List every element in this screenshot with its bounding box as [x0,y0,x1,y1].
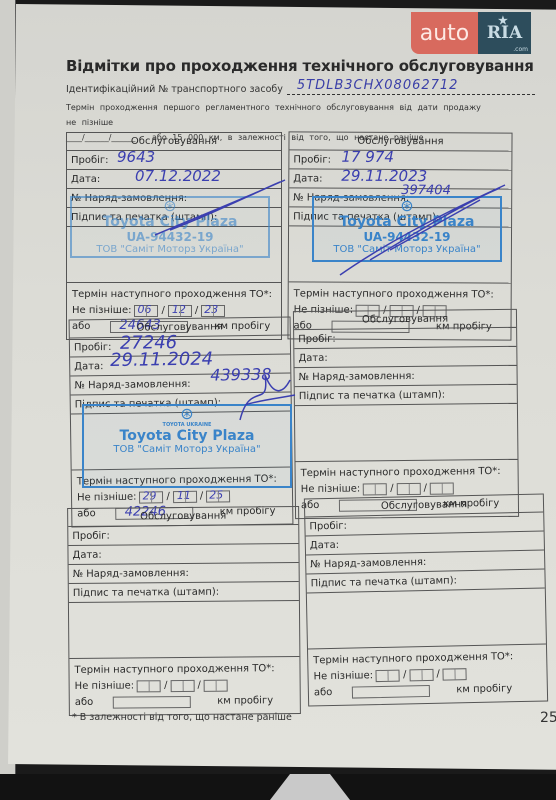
next-day-box: 06 [134,305,158,317]
next-year-box [443,668,467,681]
mileage-label: Пробіг: [72,530,110,541]
next-month-value: 12 [172,302,186,318]
star-icon: ★ [498,14,508,27]
date-label: Дата: [293,173,322,184]
slash: / [195,303,198,319]
signature-row: Підпис та печатка (штамп): [69,582,299,603]
mileage-value: 17 974 [341,148,394,166]
next-km-line: або км пробігу [75,693,295,711]
vin-value: 5TDLB3CHX08062712 [297,78,459,93]
date-value: 07.12.2022 [135,167,221,185]
km-label: км пробігу [456,681,512,698]
or-label: або [75,695,94,711]
first-service-text: Термін проходження першого регламентного… [66,100,486,130]
mileage-label: Пробіг: [74,341,112,353]
signature-label: Підпис та печатка (штамп): [299,389,445,402]
next-month-value: 11 [177,488,191,504]
vin-label: Ідентифікаційний № транспортного засобу [66,84,283,95]
or-label: або [314,685,333,701]
slash: / [200,489,204,505]
next-km-box [113,696,191,709]
next-day-box [363,483,387,495]
next-service-label: Термін наступного проходження ТО*: [294,286,506,303]
dealer-stamp: ⊛Toyota City PlazaUA-94432-19ТОВ "Саміт … [312,196,502,262]
next-service-block: Термін наступного проходження ТО*: Не пі… [308,644,547,705]
service-card-5: Обслуговування Пробіг: Дата: № Наряд-зам… [67,506,301,716]
slash: / [436,667,440,683]
signature-area [69,601,299,659]
next-year-box: 25 [206,490,230,502]
mileage-label: Пробіг: [293,154,331,165]
signature-area [295,404,518,462]
dealer-stamp: ⊛TOYOTA UKRAINEToyota City PlazaТОВ "Сам… [82,404,292,488]
next-service-label: Термін наступного проходження ТО*: [74,661,294,679]
slash: / [197,678,201,694]
stamp-name: Toyota City Plaza [314,214,500,230]
next-day-box: 29 [139,491,163,503]
next-month-box [170,680,194,692]
signature-label: Підпис та печатка (штамп): [311,575,458,589]
not-later-label: Не пізніше: [72,303,131,319]
toyota-logo-icon: ⊛ [84,406,290,422]
date-value: 29.11.2024 [110,349,213,371]
mileage-value: 9643 [117,148,155,166]
service-header: Обслуговування [68,507,298,527]
date-row: Дата:07.12.2022 [67,170,281,189]
watermark-domain: .com [513,46,528,53]
vin-field: 5TDLB3CHX08062712 [287,81,535,95]
date-label: Дата: [74,361,103,372]
slash: / [166,489,170,505]
service-card-4: Обслуговування Пробіг: Дата: № Наряд-зам… [293,309,519,519]
next-year-value: 23 [204,302,218,318]
not-later-label: Не пізніше: [301,481,361,498]
next-day-value: 06 [137,302,151,318]
stamp-org: ТОВ "Саміт Моторз Україна" [72,244,268,255]
order-value: 439338 [210,365,271,385]
order-label: № Наряд-замовлення: [299,370,415,382]
stamp-org: ТОВ "Саміт Моторз Україна" [314,244,500,255]
next-month-box [397,483,421,495]
signature-label: Підпис та печатка (штамп): [73,586,219,598]
page-title: Відмітки про проходження технічного обсл… [66,57,534,75]
next-service-label: Термін наступного проходження ТО*: [301,464,513,482]
mileage-label: Пробіг: [71,155,109,166]
next-year-box [204,680,228,692]
slash: / [164,678,168,694]
mileage-row: Пробіг: [68,525,298,546]
autoria-watermark: auto ★ RIA .com [411,12,543,54]
mileage-label: Пробіг: [309,520,347,532]
date-row: Дата: [68,544,298,565]
date-label: Дата: [71,174,100,185]
order-row: № Наряд-замовлення: [295,366,517,387]
order-label: № Наряд-замовлення: [74,378,190,391]
signature-row: Підпис та печатка (штамп): [295,385,517,406]
vin-row: Ідентифікаційний № транспортного засобу … [66,81,535,95]
stamp-name: Toyota City Plaza [72,214,268,230]
signature-area [307,589,546,650]
next-service-block: Термін наступного проходження ТО*: Не пі… [69,657,299,715]
date-label: Дата: [298,352,327,363]
date-label: Дата: [310,539,339,551]
next-year-box [430,483,454,495]
slash: / [403,667,407,683]
stamp-code: UA-94432-19 [314,230,500,244]
toyota-logo-icon: ⊛ [72,198,268,214]
service-card-6: Обслуговування Пробіг: Дата: № Наряд-зам… [304,494,548,707]
watermark-auto: auto [411,12,478,54]
next-year-value: 25 [209,487,223,503]
service-header: Обслуговування [289,132,511,151]
slash: / [161,303,164,319]
stamp-org: ТОВ "Саміт Моторз Україна" [84,444,290,455]
order-label: № Наряд-замовлення: [73,567,189,579]
next-month-box: 11 [173,491,197,503]
toyota-logo-icon: ⊛ [314,198,500,214]
next-month-box: 12 [168,305,192,317]
next-date-line: Не пізніше: / / [75,677,295,695]
next-day-box [137,680,161,692]
next-month-box [409,669,433,681]
dealer-stamp: ⊛Toyota City PlazaUA-94432-19ТОВ "Саміт … [70,196,270,258]
page-number: 25 [540,710,556,726]
service-header: Обслуговування [67,133,281,151]
next-km-box [352,685,430,699]
date-label: Дата: [72,549,101,560]
km-label: км пробігу [217,693,273,709]
service-header: Обслуговування [294,310,516,330]
not-later-label: Не пізніше: [75,678,135,695]
watermark-ria: ★ RIA .com [478,12,531,54]
stamp-code: UA-94432-19 [72,230,268,244]
next-day-box [376,670,400,683]
next-year-box: 23 [201,305,225,317]
order-label: № Наряд-замовлення: [310,556,426,569]
not-later-label: Не пізніше: [313,668,373,685]
stamp-name: Toyota City Plaza [84,428,290,444]
next-day-value: 29 [142,488,156,504]
slash: / [390,481,394,497]
order-row: № Наряд-замовлення: [69,563,299,584]
date-row: Дата: [294,347,516,368]
slash: / [424,481,428,497]
footnote: * В залежності від того, що настане рані… [72,712,292,723]
mileage-label: Пробіг: [298,333,336,344]
next-service-label: Термін наступного проходження ТО*: [72,287,276,303]
mileage-row: Пробіг: [294,328,516,349]
